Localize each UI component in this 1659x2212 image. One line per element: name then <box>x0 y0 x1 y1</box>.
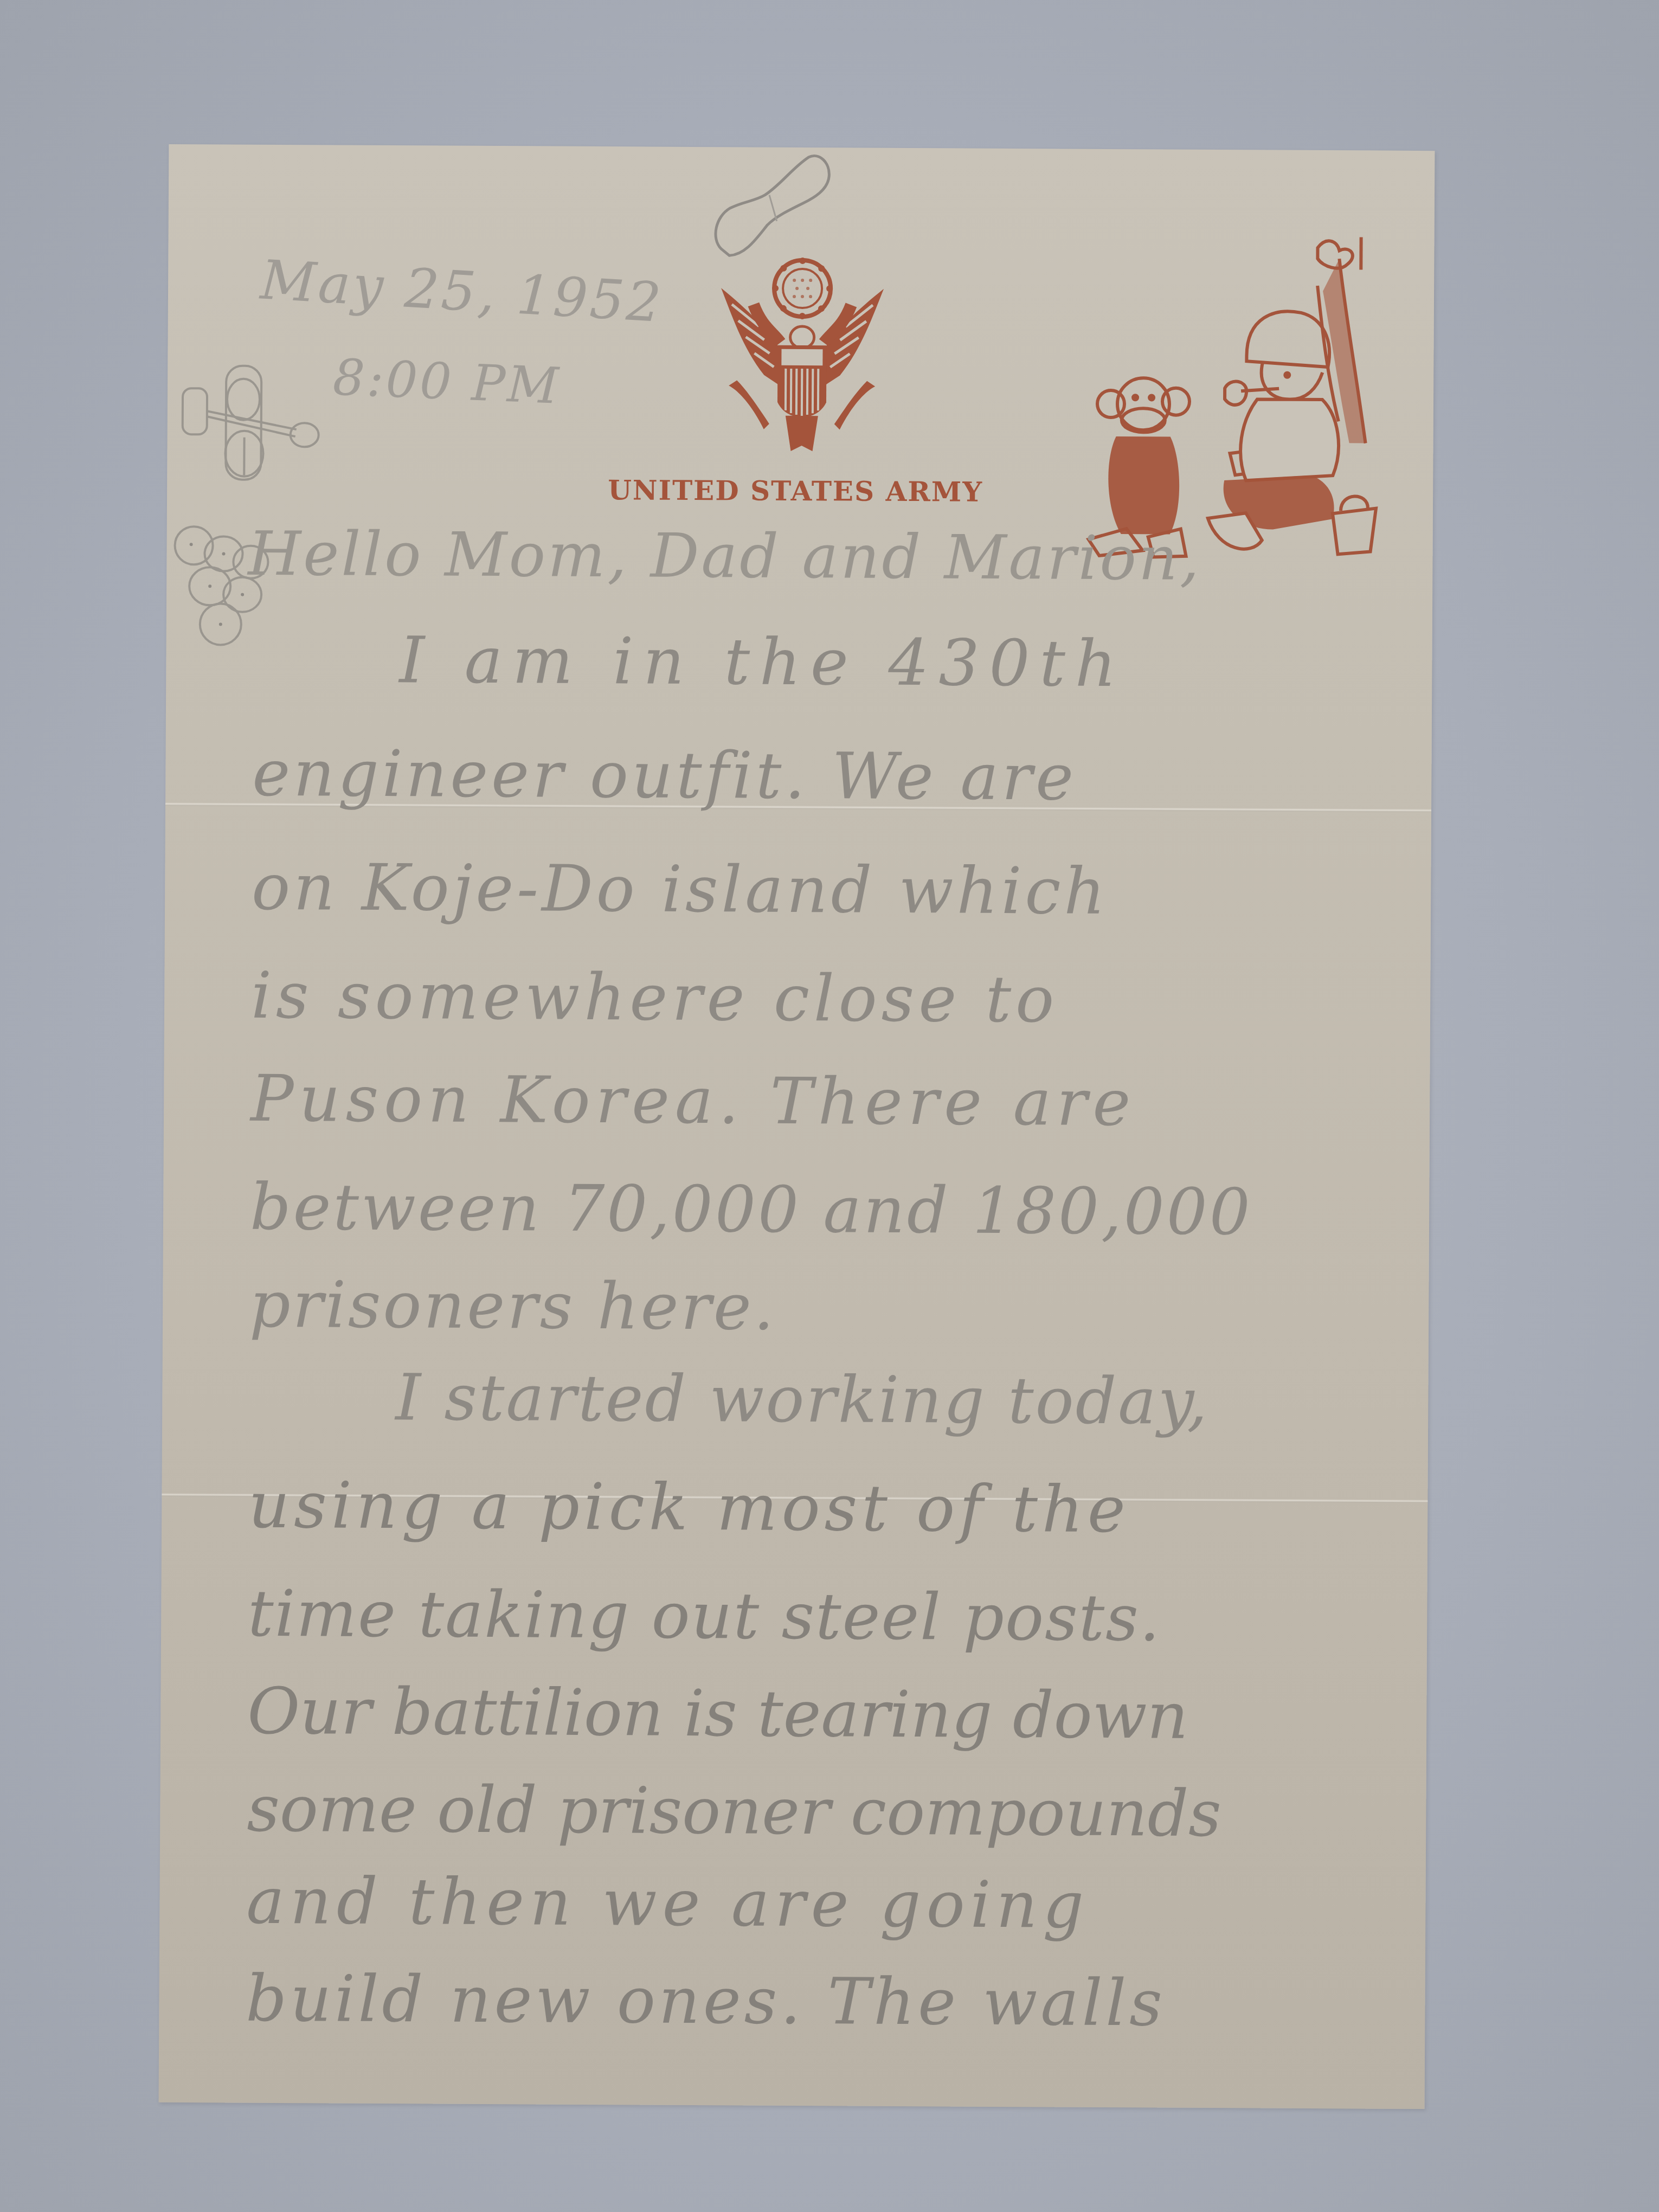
letter-sheet: UNITED STATES ARMY <box>159 144 1435 2109</box>
letter-line: is somewhere close to <box>251 958 1059 1037</box>
letter-line: on Koje-Do island which <box>252 850 1109 929</box>
letter-line: engineer outfit. We are <box>252 736 1077 815</box>
letter-time: 8:00 PM <box>332 348 562 415</box>
letterhead-title: UNITED STATES ARMY <box>581 474 1009 508</box>
letter-line: build new ones. The walls <box>246 1961 1166 2041</box>
letter-line: using a pick most of the <box>248 1468 1130 1547</box>
bone-doodle-icon <box>705 151 835 260</box>
letter-date: May 25, 1952 <box>259 248 665 335</box>
letter-line: Puson Korea. There are <box>250 1061 1136 1141</box>
letter-line: and then we are going <box>246 1863 1089 1943</box>
propeller-airplane-doodle-icon <box>177 361 324 492</box>
letter-line: between 70,000 and 180,000 <box>250 1169 1252 1250</box>
letter-line: Our battilion is tearing down <box>247 1674 1188 1753</box>
letter-line: I started working today, <box>395 1360 1209 1439</box>
letter-line: I am in the 430th <box>399 622 1126 701</box>
letter-line: prisoners here. <box>249 1267 776 1345</box>
letter-greeting: Hello Mom, Dad and Marion, <box>248 519 1201 594</box>
letter-line: time taking out steel posts. <box>248 1576 1161 1656</box>
letter-line: some old prisoner compounds <box>247 1771 1221 1851</box>
army-eagle-crest-icon <box>709 250 895 457</box>
cartoon-soldier-monkey-illustration <box>1083 225 1388 563</box>
